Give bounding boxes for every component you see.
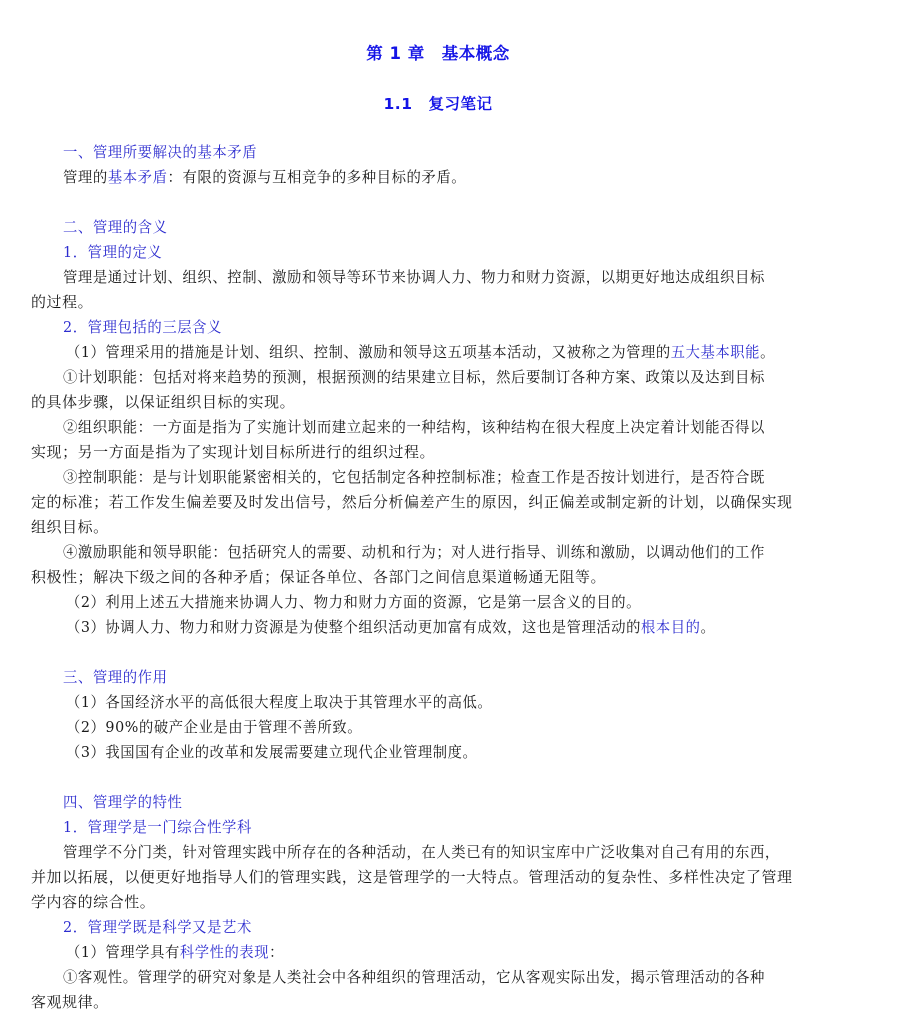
ctrl-line3: 组织目标。 bbox=[31, 515, 848, 540]
section-title: 1.1 复习笔记 bbox=[0, 92, 876, 114]
part2-item1: （1）管理采用的措施是计划、组织、控制、激励和领导这五项基本活动，又被称之为管理… bbox=[66, 340, 848, 365]
item1-suffix: 。 bbox=[760, 343, 775, 361]
plan-line2: 的具体步骤，以保证组织目标的实现。 bbox=[31, 390, 848, 415]
part4-sci-item: （1）管理学具有科学性的表现： bbox=[66, 940, 848, 965]
item1-prefix: （1）管理采用的措施是计划、组织、控制、激励和领导这五项基本活动，又被称之为管理… bbox=[66, 343, 671, 361]
part1-prefix: 管理的 bbox=[63, 168, 108, 186]
ctrl-line2: 定的标准；若工作发生偏差要及时发出信号，然后分析偏差产生的原因，纠正偏差或制定新… bbox=[31, 490, 848, 515]
item3-suffix: 。 bbox=[701, 618, 716, 636]
part3-item2: （2）90%的破产企业是由于管理不善所致。 bbox=[66, 715, 848, 740]
item1-highlight: 五大基本职能 bbox=[671, 343, 760, 361]
ctrl-line1: ③控制职能：是与计划职能紧密相关的，它包括制定各种控制标准；检查工作是否按计划进… bbox=[63, 465, 848, 490]
obj-line1: ①客观性。管理学的研究对象是人类社会中各种组织的管理活动，它从客观实际出发，揭示… bbox=[63, 965, 848, 990]
chapter-title: 第 1 章 基本概念 bbox=[0, 40, 876, 64]
part3-heading: 三、管理的作用 bbox=[63, 665, 848, 690]
part4-heading: 四、管理学的特性 bbox=[63, 790, 848, 815]
sci-highlight: 科学性的表现 bbox=[180, 943, 269, 961]
part1-paragraph: 管理的基本矛盾：有限的资源与互相竞争的多种目标的矛盾。 bbox=[63, 165, 848, 190]
part4-sub2-heading: 2．管理学既是科学又是艺术 bbox=[63, 915, 848, 940]
part4-sub1-heading: 1．管理学是一门综合性学科 bbox=[63, 815, 848, 840]
part2-def-line1: 管理是通过计划、组织、控制、激励和领导等环节来协调人力、物力和财力资源，以期更好… bbox=[63, 265, 848, 290]
part2-heading: 二、管理的含义 bbox=[63, 215, 848, 240]
sci-suffix: ： bbox=[269, 943, 284, 961]
item3-highlight: 根本目的 bbox=[641, 618, 701, 636]
part3-item1: （1）各国经济水平的高低很大程度上取决于其管理水平的高低。 bbox=[66, 690, 848, 715]
part2-sub2-heading: 2．管理包括的三层含义 bbox=[63, 315, 848, 340]
part4-sub1-line1: 管理学不分门类，针对管理实践中所存在的各种活动，在人类已有的知识宝库中广泛收集对… bbox=[63, 840, 848, 865]
part1-heading: 一、管理所要解决的基本矛盾 bbox=[63, 140, 848, 165]
org-line1: ②组织职能：一方面是指为了实施计划而建立起来的一种结构，该种结构在很大程度上决定… bbox=[63, 415, 848, 440]
part2-item3: （3）协调人力、物力和财力资源是为使整个组织活动更加富有成效，这也是管理活动的根… bbox=[66, 615, 848, 640]
part1-highlight: 基本矛盾 bbox=[108, 168, 168, 186]
part2-item2: （2）利用上述五大措施来协调人力、物力和财力方面的资源，它是第一层含义的目的。 bbox=[66, 590, 848, 615]
plan-line1: ①计划职能：包括对将来趋势的预测，根据预测的结果建立目标，然后要制订各种方案、政… bbox=[63, 365, 848, 390]
part3-item3: （3）我国国有企业的改革和发展需要建立现代企业管理制度。 bbox=[66, 740, 848, 765]
obj-line2: 客观规律。 bbox=[31, 990, 848, 1014]
part4-sub1-line2: 并加以拓展，以便更好地指导人们的管理实践，这是管理学的一大特点。管理活动的复杂性… bbox=[31, 865, 848, 890]
sci-prefix: （1）管理学具有 bbox=[66, 943, 180, 961]
item3-prefix: （3）协调人力、物力和财力资源是为使整个组织活动更加富有成效，这也是管理活动的 bbox=[66, 618, 641, 636]
document-page: 第 1 章 基本概念 1.1 复习笔记 一、管理所要解决的基本矛盾 管理的基本矛… bbox=[0, 0, 906, 1014]
org-line2: 实现；另一方面是指为了实现计划目标所进行的组织过程。 bbox=[31, 440, 848, 465]
part4-sub1-line3: 学内容的综合性。 bbox=[31, 890, 848, 915]
part1-suffix: ：有限的资源与互相竞争的多种目标的矛盾。 bbox=[168, 168, 467, 186]
lead-line1: ④激励职能和领导职能：包括研究人的需要、动机和行为；对人进行指导、训练和激励，以… bbox=[63, 540, 848, 565]
lead-line2: 积极性；解决下级之间的各种矛盾；保证各单位、各部门之间信息渠道畅通无阻等。 bbox=[31, 565, 848, 590]
part2-sub1-heading: 1．管理的定义 bbox=[63, 240, 848, 265]
part2-def-line2: 的过程。 bbox=[31, 290, 848, 315]
